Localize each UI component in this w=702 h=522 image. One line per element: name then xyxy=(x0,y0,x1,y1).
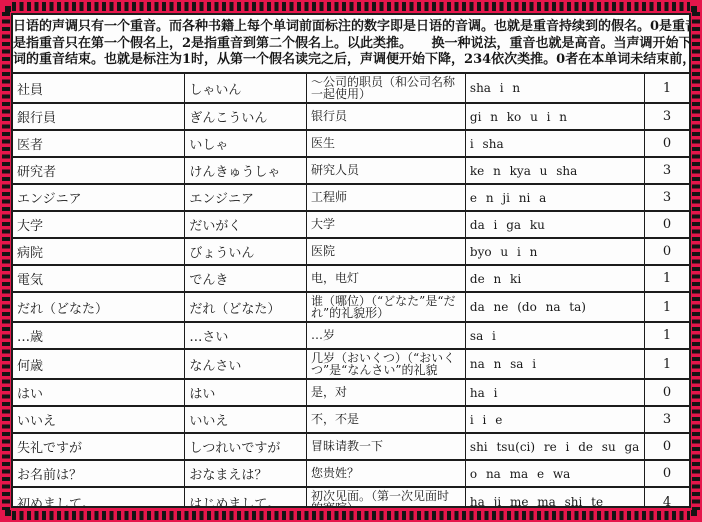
word-cell: 失礼ですが xyxy=(13,434,185,459)
romaji-cell: byo u i n xyxy=(466,239,645,264)
meaning-cell: ～公司的职员（和公司名称一起使用） xyxy=(307,74,466,102)
romaji-cell: shi tsu(ci) re i de su ga xyxy=(466,434,645,459)
word-cell: …歳 xyxy=(13,323,185,348)
meaning-cell: 电，电灯 xyxy=(307,266,466,291)
word-cell: 医者 xyxy=(13,131,185,156)
word-cell: お名前は？ xyxy=(13,461,185,486)
table-row: お名前は？おなまえは？您贵姓？o na ma e wa0 xyxy=(13,461,689,488)
film-strip-border-left xyxy=(2,12,10,510)
kana-cell: いいえ xyxy=(185,407,307,432)
kana-cell: けんきゅうしゃ xyxy=(185,158,307,183)
word-cell: 社員 xyxy=(13,74,185,102)
romaji-cell: da ne (do na ta) xyxy=(466,293,645,321)
accent-cell: 1 xyxy=(645,350,689,378)
accent-cell: 0 xyxy=(645,461,689,486)
romaji-cell: sha i n xyxy=(466,74,645,102)
kana-cell: なんさい xyxy=(185,350,307,378)
vocab-table: 社員しゃいん～公司的职员（和公司名称一起使用）sha i n1銀行員ぎんこういん… xyxy=(13,72,689,508)
table-row: 大学だいがく大学da i ga ku0 xyxy=(13,212,689,239)
romaji-cell: e n ji ni a xyxy=(466,185,645,210)
word-cell: だれ（どなた） xyxy=(13,293,185,321)
table-row: 社員しゃいん～公司的职员（和公司名称一起使用）sha i n1 xyxy=(13,74,689,104)
meaning-cell: 冒昧请教一下 xyxy=(307,434,466,459)
kana-cell: ぎんこういん xyxy=(185,104,307,129)
intro-line: 词的重音结束。也就是标注为1时，从第一个假名读完之后，声调便开始下降，234依次… xyxy=(13,52,689,69)
accent-cell: 1 xyxy=(645,266,689,291)
romaji-cell: ha ji me ma shi te xyxy=(466,488,645,508)
table-row: 医者いしゃ医生i sha0 xyxy=(13,131,689,158)
word-cell: 初めまして。 xyxy=(13,488,185,508)
table-row: エンジニアエンジニア工程师e n ji ni a3 xyxy=(13,185,689,212)
kana-cell: しゃいん xyxy=(185,74,307,102)
kana-cell: しつれいですが xyxy=(185,434,307,459)
word-cell: 研究者 xyxy=(13,158,185,183)
kana-cell: だれ（どなた） xyxy=(185,293,307,321)
kana-cell: はじめまして。 xyxy=(185,488,307,508)
meaning-cell: 银行员 xyxy=(307,104,466,129)
table-row: 失礼ですがしつれいですが冒昧请教一下shi tsu(ci) re i de su… xyxy=(13,434,689,461)
table-row: 銀行員ぎんこういん银行员gi n ko u i n3 xyxy=(13,104,689,131)
kana-cell: おなまえは？ xyxy=(185,461,307,486)
accent-cell: 1 xyxy=(645,74,689,102)
word-cell: 大学 xyxy=(13,212,185,237)
table-row: 初めまして。はじめまして。初次见面。（第一次见面时的寒暄）ha ji me ma… xyxy=(13,488,689,508)
romaji-cell: ke n kya u sha xyxy=(466,158,645,183)
table-row: 電気でんき电，电灯de n ki1 xyxy=(13,266,689,293)
romaji-cell: na n sa i xyxy=(466,350,645,378)
kana-cell: はい xyxy=(185,380,307,405)
kana-cell: でんき xyxy=(185,266,307,291)
meaning-cell: 不，不是 xyxy=(307,407,466,432)
meaning-cell: 医生 xyxy=(307,131,466,156)
accent-cell: 3 xyxy=(645,104,689,129)
table-row: だれ（どなた）だれ（どなた）谁（哪位）（“どなた”是“だれ”的礼貌形）da ne… xyxy=(13,293,689,323)
table-row: 病院びょういん医院byo u i n0 xyxy=(13,239,689,266)
meaning-cell: 大学 xyxy=(307,212,466,237)
accent-explanation-paragraph: 日语的声调只有一个重音。而各种书籍上每个单词前面标注的数字即是日语的音调。也就是… xyxy=(13,15,689,72)
romaji-cell: ha i xyxy=(466,380,645,405)
table-row: はいはい是，对ha i0 xyxy=(13,380,689,407)
romaji-cell: da i ga ku xyxy=(466,212,645,237)
accent-cell: 1 xyxy=(645,323,689,348)
accent-cell: 3 xyxy=(645,158,689,183)
word-cell: 何歳 xyxy=(13,350,185,378)
border-corner-dot xyxy=(5,6,11,12)
film-strip-border-bottom xyxy=(12,511,690,520)
border-corner-dot xyxy=(691,510,697,516)
word-cell: 電気 xyxy=(13,266,185,291)
romaji-cell: de n ki xyxy=(466,266,645,291)
romaji-cell: o na ma e wa xyxy=(466,461,645,486)
meaning-cell: 几岁（おいくつ）（“おいくつ”是“なんさい”的礼貌 xyxy=(307,350,466,378)
table-row: …歳…さい…岁sa i1 xyxy=(13,323,689,350)
scanned-document-page: 日语的声调只有一个重音。而各种书籍上每个单词前面标注的数字即是日语的音调。也就是… xyxy=(0,0,702,522)
film-strip-border-right xyxy=(692,12,700,510)
accent-cell: 0 xyxy=(645,131,689,156)
meaning-cell: 研究人员 xyxy=(307,158,466,183)
intro-line: 日语的声调只有一个重音。而各种书籍上每个单词前面标注的数字即是日语的音调。也就是… xyxy=(13,19,689,36)
border-corner-dot xyxy=(691,6,697,12)
word-cell: はい xyxy=(13,380,185,405)
word-cell: エンジニア xyxy=(13,185,185,210)
romaji-cell: i sha xyxy=(466,131,645,156)
romaji-cell: gi n ko u i n xyxy=(466,104,645,129)
meaning-cell: 工程师 xyxy=(307,185,466,210)
kana-cell: …さい xyxy=(185,323,307,348)
intro-line: 是指重音只在第一个假名上，2是指重音到第二个假名上。以此类推。 换一种说法，重音… xyxy=(13,36,689,53)
kana-cell: だいがく xyxy=(185,212,307,237)
accent-cell: 0 xyxy=(645,212,689,237)
kana-cell: びょういん xyxy=(185,239,307,264)
accent-cell: 3 xyxy=(645,407,689,432)
accent-cell: 0 xyxy=(645,434,689,459)
page-content: 日语的声调只有一个重音。而各种书籍上每个单词前面标注的数字即是日语的音调。也就是… xyxy=(11,13,691,508)
meaning-cell: 谁（哪位）（“どなた”是“だれ”的礼貌形） xyxy=(307,293,466,321)
meaning-cell: 医院 xyxy=(307,239,466,264)
accent-cell: 0 xyxy=(645,380,689,405)
accent-cell: 0 xyxy=(645,239,689,264)
table-row: いいえいいえ不，不是i i e3 xyxy=(13,407,689,434)
border-corner-dot xyxy=(5,510,11,516)
romaji-cell: sa i xyxy=(466,323,645,348)
word-cell: いいえ xyxy=(13,407,185,432)
accent-cell: 4 xyxy=(645,488,689,508)
table-row: 何歳なんさい几岁（おいくつ）（“おいくつ”是“なんさい”的礼貌na n sa i… xyxy=(13,350,689,380)
meaning-cell: 是，对 xyxy=(307,380,466,405)
romaji-cell: i i e xyxy=(466,407,645,432)
kana-cell: いしゃ xyxy=(185,131,307,156)
meaning-cell: 初次见面。（第一次见面时的寒暄） xyxy=(307,488,466,508)
film-strip-border-top xyxy=(12,2,690,11)
meaning-cell: 您贵姓？ xyxy=(307,461,466,486)
word-cell: 病院 xyxy=(13,239,185,264)
table-row: 研究者けんきゅうしゃ研究人员ke n kya u sha3 xyxy=(13,158,689,185)
kana-cell: エンジニア xyxy=(185,185,307,210)
meaning-cell: …岁 xyxy=(307,323,466,348)
accent-cell: 3 xyxy=(645,185,689,210)
word-cell: 銀行員 xyxy=(13,104,185,129)
accent-cell: 1 xyxy=(645,293,689,321)
